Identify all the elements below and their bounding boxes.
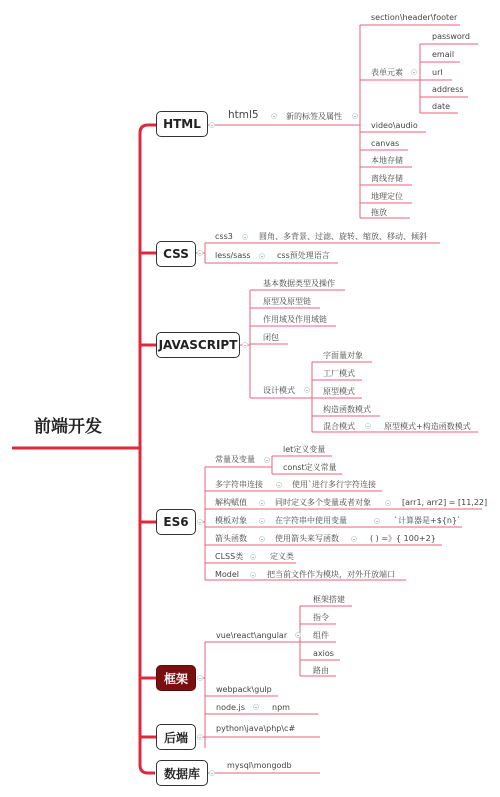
collapse-icon[interactable] [209,122,215,128]
html-item[interactable]: 本地存储 [371,156,403,166]
html-item[interactable]: 拖放 [371,208,387,218]
collapse-icon[interactable] [385,500,391,506]
javascript-node[interactable]: JAVASCRIPT [156,332,240,358]
es6-topic[interactable]: 解构赋值 [215,498,247,508]
framework-node[interactable]: 框架 [156,665,196,691]
backend-detail[interactable]: python\java\php\c# [216,724,295,734]
nodejs-topic[interactable]: node.js [216,703,245,713]
es6-topic[interactable]: 箭头函数 [215,534,247,544]
collapse-icon[interactable] [197,250,203,256]
html-item[interactable]: section\header\footer [371,13,457,23]
vra-item[interactable]: 路由 [313,666,329,676]
es6-var-item[interactable]: let定义变量 [283,445,325,455]
vra-item[interactable]: axios [313,649,334,659]
html-item[interactable]: 地理定位 [371,192,403,202]
vra-item[interactable]: 组件 [313,631,329,641]
less-sass-detail[interactable]: css预处理语言 [277,251,330,261]
es6-detail[interactable]: 同时定义多个变量或者对象 [275,498,371,508]
form-item[interactable]: date [432,102,450,112]
es6-detail[interactable]: 在字符串中使用变量 [275,516,347,526]
es6-topic[interactable]: 模板对象 [215,516,247,526]
database-detail[interactable]: mysql\mongodb [227,761,292,771]
javascript-label: JAVASCRIPT [159,338,238,352]
collapse-icon[interactable] [250,554,256,560]
css3-topic[interactable]: css3 [215,232,233,242]
html-item-form[interactable]: 表单元素 [371,68,403,78]
backend-label: 后端 [164,729,188,746]
webpack-topic[interactable]: webpack\gulp [216,685,272,695]
es6-topic[interactable]: 多字符串连接 [215,480,263,490]
form-item[interactable]: address [432,85,463,95]
es6-extra[interactable]: [arr1, arr2] = [11,22] [402,498,487,508]
pattern-item[interactable]: 原型模式 [323,387,355,397]
collapse-icon[interactable] [197,675,203,681]
collapse-icon[interactable] [352,113,358,119]
js-item[interactable]: 原型及原型链 [263,297,311,307]
es6-detail[interactable]: 使用箭头来写函数 [275,534,339,544]
collapse-icon[interactable] [197,734,203,740]
es6-detail[interactable]: 使用`进行多行字符连接 [292,480,376,490]
es6-extra[interactable]: ( ) =》{ 100+2} [370,534,436,544]
form-item[interactable]: email [432,50,454,60]
es6-var-item[interactable]: const定义常量 [283,463,337,473]
collapse-icon[interactable] [259,500,265,506]
mixed-detail[interactable]: 原型模式+构造函数模式 [384,422,471,432]
collapse-icon[interactable] [295,632,301,638]
collapse-icon[interactable] [276,482,282,488]
html-node[interactable]: HTML [156,111,208,137]
js-item[interactable]: 基本数据类型及操作 [263,279,335,289]
es6-topic[interactable]: CLSS类 [215,552,243,562]
pattern-item-mixed[interactable]: 混合模式 [323,422,355,432]
collapse-icon[interactable] [365,423,371,429]
collapse-icon[interactable] [259,536,265,542]
collapse-icon[interactable] [250,572,256,578]
npm-item[interactable]: npm [272,703,290,713]
database-label: 数据库 [164,765,200,782]
vra-item[interactable]: 框架搭建 [313,595,345,605]
es6-extra[interactable]: `计算器是+${n}` [394,516,461,526]
root-topic[interactable]: 前端开发 [34,412,102,437]
es6-topic[interactable]: Model [215,570,239,580]
es6-detail[interactable]: 定义类 [270,552,294,562]
collapse-icon[interactable] [264,457,270,463]
es6-detail[interactable]: 把当前文件作为模块，对外开放端口 [267,570,395,580]
pattern-item[interactable]: 构造函数模式 [323,405,371,415]
collapse-icon[interactable] [411,69,417,75]
html-label: HTML [163,117,201,131]
vra-topic[interactable]: vue\react\angular [216,631,287,641]
vra-item[interactable]: 指令 [313,613,329,623]
html-item[interactable]: video\audio [371,121,418,131]
collapse-icon[interactable] [242,234,248,240]
js-item[interactable]: 闭包 [263,333,279,343]
backend-node[interactable]: 后端 [156,724,196,750]
collapse-icon[interactable] [242,342,248,348]
css3-detail[interactable]: 圆角、多背景、过滤、旋转、缩放、移动、倾斜 [259,232,427,242]
es6-label: ES6 [163,515,188,529]
es6-node[interactable]: ES6 [156,509,196,535]
collapse-icon[interactable] [209,770,215,776]
html-item[interactable]: 离线存储 [371,174,403,184]
collapse-icon[interactable] [374,518,380,524]
pattern-item[interactable]: 字面量对象 [323,351,363,361]
collapse-icon[interactable] [259,518,265,524]
new-tags-topic[interactable]: 新的标签及属性 [286,112,342,122]
collapse-icon[interactable] [271,113,277,119]
form-item[interactable]: url [432,68,443,78]
collapse-icon[interactable] [304,387,310,393]
database-node[interactable]: 数据库 [156,760,208,786]
js-item[interactable]: 作用域及作用域链 [263,315,327,325]
html-item[interactable]: canvas [371,139,399,149]
form-item[interactable]: password [432,32,470,42]
framework-label: 框架 [164,670,188,687]
less-sass-topic[interactable]: less/sass [215,251,251,261]
js-item-design-patterns[interactable]: 设计模式 [263,386,295,396]
collapse-icon[interactable] [197,519,203,525]
collapse-icon[interactable] [253,704,259,710]
css-node[interactable]: CSS [156,241,196,267]
es6-vars-topic[interactable]: 常量及变量 [215,455,255,465]
collapse-icon[interactable] [259,253,265,259]
pattern-item[interactable]: 工厂模式 [323,369,355,379]
collapse-icon[interactable] [351,536,357,542]
css-label: CSS [163,247,189,261]
html5-topic[interactable]: html5 [228,109,259,122]
